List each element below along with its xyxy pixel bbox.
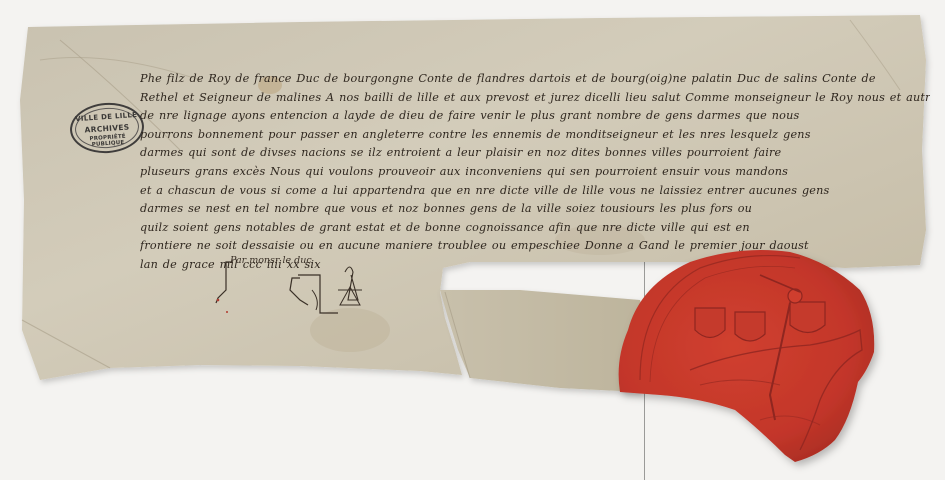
wax-seal bbox=[0, 0, 945, 480]
charter-scene: VILLE DE LILLE ARCHIVES PROPRIÉTÉ PUBLIQ… bbox=[0, 0, 945, 480]
